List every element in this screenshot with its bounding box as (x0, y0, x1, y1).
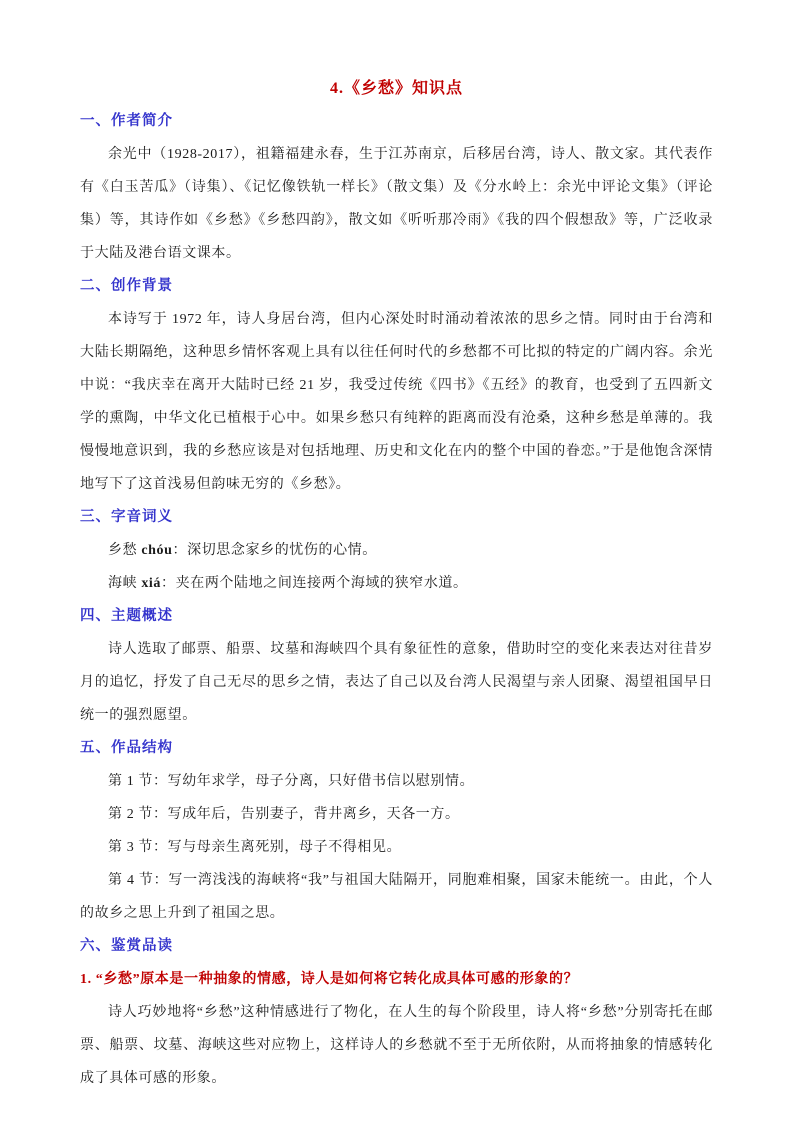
definition-term: 乡愁 (108, 543, 141, 558)
section-heading-appreciation: 六、鉴赏品读 (80, 930, 713, 963)
section-theme-overview: 四、主题概述 诗人选取了邮票、船票、坟墓和海峡四个具有象征性的意象，借助时空的变… (80, 600, 713, 732)
definition-text: ：深切思念家乡的忧伤的心情。 (173, 543, 377, 558)
section-pronunciation-meaning: 三、字音词义 乡愁 chóu：深切思念家乡的忧伤的心情。 海峡 xiá：夹在两个… (80, 501, 713, 600)
structure-item-1: 第 1 节：写幼年求学，母子分离，只好借书信以慰别情。 (80, 765, 713, 798)
appreciation-question-1: 1. “乡愁”原本是一种抽象的情感，诗人是如何将它转化成具体可感的形象的？ (80, 963, 713, 996)
document-page: 4.《乡愁》知识点 一、作者简介 余光中（1928-2017），祖籍福建永春，生… (0, 0, 793, 1122)
definition-term: 海峡 (108, 576, 141, 591)
definition-haixia: 海峡 xiá：夹在两个陆地之间连接两个海域的狭窄水道。 (80, 567, 713, 600)
definition-pinyin: xiá (141, 576, 161, 591)
definition-xiangchou: 乡愁 chóu：深切思念家乡的忧伤的心情。 (80, 534, 713, 567)
section-heading-theme-overview: 四、主题概述 (80, 600, 713, 633)
section-appreciation: 六、鉴赏品读 1. “乡愁”原本是一种抽象的情感，诗人是如何将它转化成具体可感的… (80, 930, 713, 1095)
definition-text: ：夹在两个陆地之间连接两个海域的狭窄水道。 (161, 576, 468, 591)
structure-item-2: 第 2 节：写成年后，告别妻子，背井离乡，天各一方。 (80, 798, 713, 831)
section-heading-pronunciation-meaning: 三、字音词义 (80, 501, 713, 534)
section-heading-creation-background: 二、创作背景 (80, 270, 713, 303)
section-heading-work-structure: 五、作品结构 (80, 732, 713, 765)
definition-pinyin: chóu (141, 543, 172, 558)
paragraph-author-intro: 余光中（1928-2017），祖籍福建永春，生于江苏南京，后移居台湾，诗人、散文… (80, 138, 713, 270)
paragraph-theme-overview: 诗人选取了邮票、船票、坟墓和海峡四个具有象征性的意象，借助时空的变化来表达对往昔… (80, 633, 713, 732)
document-title: 4.《乡愁》知识点 (80, 72, 713, 105)
section-author-intro: 一、作者简介 余光中（1928-2017），祖籍福建永春，生于江苏南京，后移居台… (80, 105, 713, 270)
section-creation-background: 二、创作背景 本诗写于 1972 年，诗人身居台湾，但内心深处时时涌动着浓浓的思… (80, 270, 713, 501)
structure-item-3: 第 3 节：写与母亲生离死别，母子不得相见。 (80, 831, 713, 864)
section-work-structure: 五、作品结构 第 1 节：写幼年求学，母子分离，只好借书信以慰别情。 第 2 节… (80, 732, 713, 930)
section-heading-author-intro: 一、作者简介 (80, 105, 713, 138)
paragraph-creation-background: 本诗写于 1972 年，诗人身居台湾，但内心深处时时涌动着浓浓的思乡之情。同时由… (80, 303, 713, 501)
structure-item-4: 第 4 节：写一湾浅浅的海峡将“我”与祖国大陆隔开，同胞难相聚，国家未能统一。由… (80, 864, 713, 930)
appreciation-answer-1: 诗人巧妙地将“乡愁”这种情感进行了物化，在人生的每个阶段里，诗人将“乡愁”分别寄… (80, 996, 713, 1095)
